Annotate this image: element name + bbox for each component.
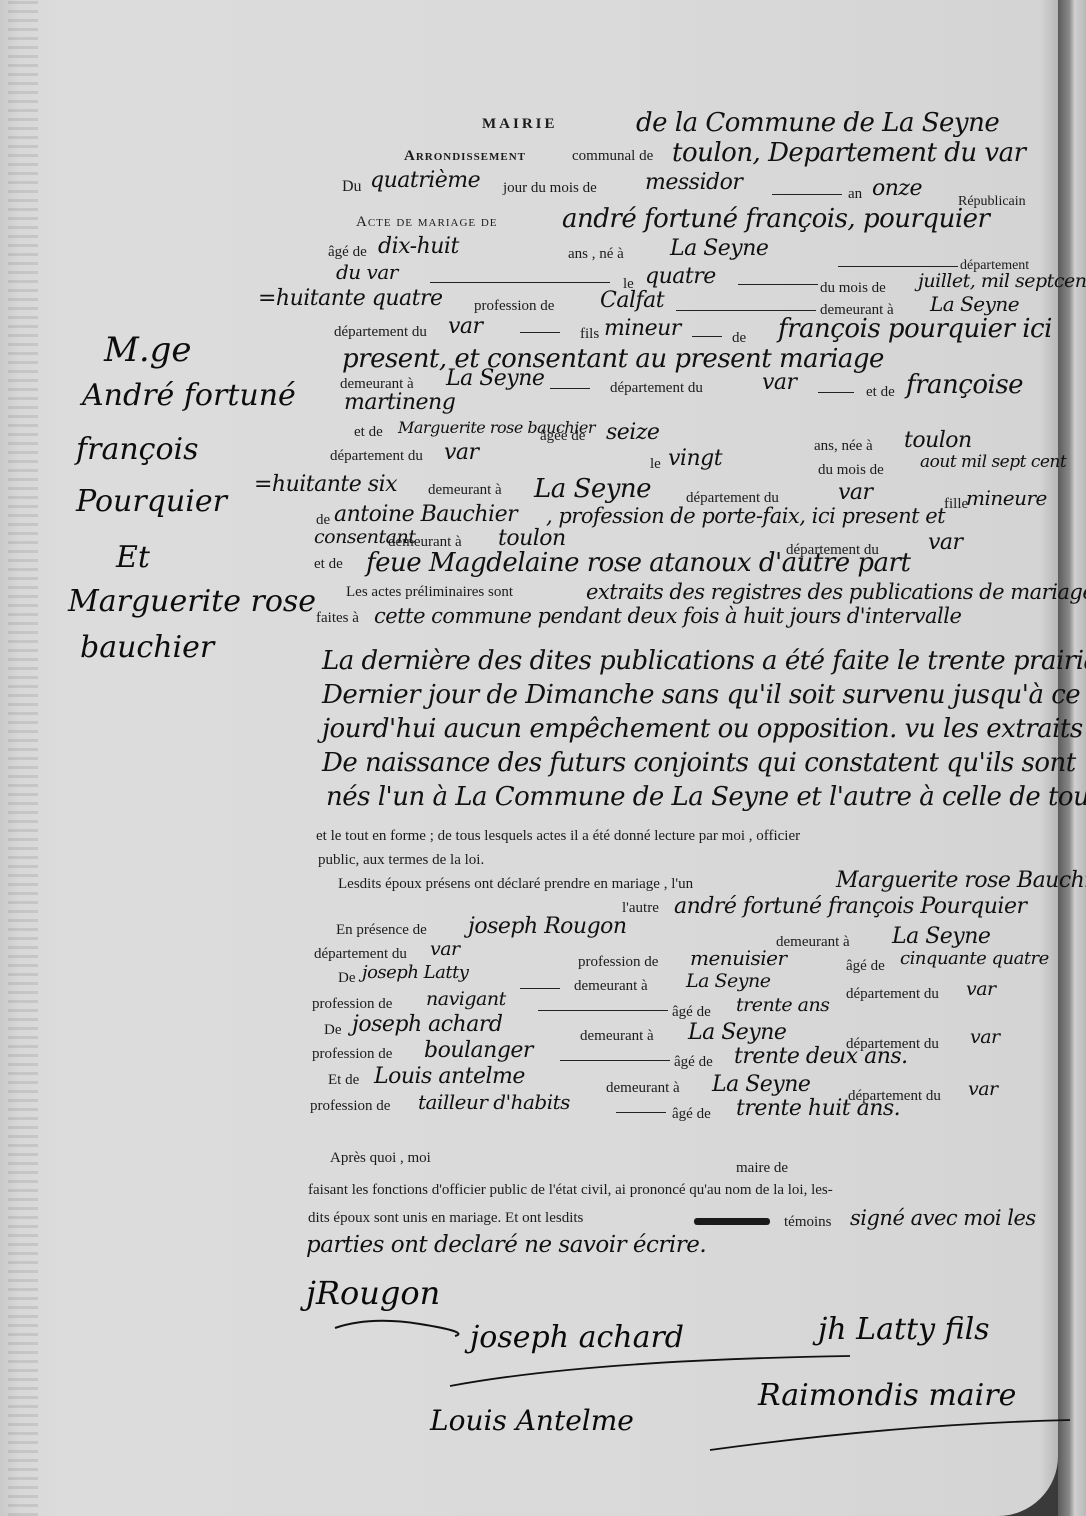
witness-residence-hand: La Seyne [892,924,990,949]
signature-antelme: Louis Antelme [430,1404,634,1437]
groom-profession-hand: Calfat [600,288,664,313]
margin-line: Pourquier [76,484,227,519]
witness-name-hand: Louis antelme [374,1064,525,1089]
faites-a: faites à [316,610,359,627]
bride-age-hand: seize [606,420,659,445]
witness-intro: En présence de [336,922,427,939]
fill-rule [616,1112,666,1113]
signature-flourish [330,1310,460,1340]
witness-intro: De [324,1022,342,1039]
spouse1-hand: Marguerite rose Bauchier [836,868,1086,893]
groom-fils-hand: mineur [604,316,681,341]
witness-name-hand: joseph achard [352,1012,502,1037]
bride-departement-du: département du [330,448,423,465]
an-label: an [848,186,862,203]
bride-father-profession-hand: , profession de porte-faix, ici present … [546,504,945,528]
witness-residence-hand: La Seyne [712,1072,810,1097]
du-mois-de: du mois de [820,280,886,297]
agee-de: âgée de [540,428,585,445]
bride-et-de: et de [354,424,383,441]
preliminaries-line1-hand: extraits des registres des publications … [586,580,1086,604]
witness-dept-hand: var [966,978,996,1000]
witness-profession-label: profession de [312,996,392,1013]
fill-rule [676,310,816,311]
witness-age-hand: trente ans [736,994,829,1016]
bride-birthplace-hand: toulon [904,428,972,453]
commune-name: Commune de La Seyne [705,108,999,138]
preliminaries-line3-hand: La dernière des dites publications a été… [322,646,1086,676]
groom-residence-dept-hand: var [448,314,483,339]
fill-rule [738,284,818,285]
witness-profession-label: profession de [578,954,658,971]
groom-dept-hand: du var [336,260,398,284]
groom-father-residence-hand: La Seyne [446,366,544,391]
acte-label: Acte de mariage de [356,214,498,231]
jour-du-mois-de: jour du mois de [503,180,597,197]
day-hand: quatrième [370,168,480,193]
bride-dept-hand: var [444,440,479,465]
groom-residence-hand: La Seyne [930,292,1019,316]
fill-rule [550,388,590,389]
bride-father-hand: antoine Bauchier [334,502,517,527]
fill-rule [560,1060,670,1061]
witness-demeurant-a: demeurant à [776,934,850,951]
witness-age-hand: trente huit ans. [736,1096,900,1121]
formal-line1: et le tout en forme ; de tous lesquels a… [316,828,800,845]
groom-father-hand: françois pourquier ici [778,314,1052,344]
witness-age-label: âgé de [672,1106,711,1123]
fill-rule [772,194,842,195]
du-label: Du [342,178,362,196]
fill-rule [520,332,560,333]
witness-demeurant-a: demeurant à [574,978,648,995]
groom-age-hand: dix-huit [378,234,459,259]
witness-age-hand: trente deux ans. [734,1044,908,1069]
fill-rule [692,336,722,337]
witness-dept-label: département du [846,986,939,1003]
witness-age-hand: cinquante quatre [900,948,1049,969]
witness-name-hand: joseph Rougon [468,914,627,939]
margin-line: Et [116,540,150,575]
groom-birthday-hand: quatre [645,264,716,289]
witness-profession-hand: navigant [426,988,506,1010]
et-de-label: et de [866,384,895,401]
bride-residence-dept-hand: var [838,480,873,505]
signature-achard: joseph achard [470,1320,684,1355]
witness-profession-hand: boulanger [424,1038,533,1063]
struck-word [694,1218,770,1225]
witness-age-label: âgé de [846,958,885,975]
groom-birthyear-hand: =huitante quatre [258,286,443,311]
closing-line1: Après quoi , moi [330,1150,431,1167]
bride-birthmonth-hand: aout mil sept cent [920,452,1066,472]
preliminaries-label: Les actes préliminaires sont [346,584,513,601]
margin-line: André fortuné [82,378,296,413]
witness-profession-hand: menuisier [690,946,787,970]
formal-line2: public, aux termes de la loi. [318,852,484,869]
margin-line: M.ge [104,330,192,370]
commune-prefix: de la [636,108,698,138]
profession-label: profession de [474,298,554,315]
bride-le: le [650,456,661,473]
witness-profession-hand: tailleur d'habits [418,1090,570,1114]
groom-mother-hand: françoise [906,370,1023,400]
signature-raimondis: Raimondis maire [758,1378,1016,1413]
mairie-heading: MAIRIE [482,116,558,133]
witness-residence-hand: La Seyne [688,1020,786,1045]
fill-rule [838,266,958,267]
arrondissement-label: Arrondissement [404,148,526,165]
year-hand: onze [872,176,922,201]
lautre-label: l'autre [622,900,659,917]
preliminaries-line5-hand: jourd'hui aucun empêchement ou oppositio… [322,714,1083,744]
groom-mother-surname-hand: martineng [344,390,455,415]
bride-residence-hand: La Seyne [534,474,651,504]
bride-mother-et-de: et de [314,556,343,573]
closing-line3: dits époux sont unis en mariage. Et ont … [308,1210,583,1227]
witness-intro: De [338,970,356,987]
month-hand: messidor [645,170,742,195]
preliminaries-line4-hand: Dernier jour de Dimanche sans qu'il soit… [322,680,1080,710]
witness-dept-hand: var [430,938,460,960]
temoins-label: témoins [784,1214,832,1231]
groom-birthmonth-hand: juillet, mil septcent [918,270,1086,292]
closing-line4-hand: parties ont declaré ne savoir écrire. [306,1232,706,1258]
preliminaries-line7-hand: nés l'un à La Commune de La Seyne et l'a… [326,782,1086,812]
fill-rule [430,282,610,283]
preliminaries-line2-hand: cette commune pendant deux fois à huit j… [374,604,961,628]
groom-father-dept-hand: var [762,370,797,395]
witness-demeurant-a: demeurant à [606,1080,680,1097]
maire-de: maire de [736,1160,788,1177]
fill-rule [818,392,854,393]
spouse2-hand: andré fortuné françois Pourquier [674,894,1027,919]
preliminaries-line6-hand: De naissance des futurs conjoints qui co… [322,748,1076,778]
witness-residence-hand: La Seyne [686,970,770,992]
departement-du: département du [334,324,427,341]
groom-father-consent-hand: present, et consentant au present mariag… [342,344,884,374]
groom-birthplace-hand: La Seyne [670,236,768,261]
commune-hand: de la Commune de La Seyne [636,108,999,138]
witness-age-label: âgé de [672,1004,711,1021]
margin-line: françois [76,432,199,467]
bride-birthyear-hand: =huitante six [254,472,397,497]
closing-line3-hand: signé avec moi les [850,1206,1036,1230]
fils-label: fils [580,326,599,343]
fille-label: fille [944,496,968,513]
signature-rougon: jRougon [306,1274,440,1312]
witness-profession-label: profession de [310,1098,390,1115]
signature-latty: jh Latty fils [818,1312,990,1347]
groom-name-hand: andré fortuné françois, pourquier [562,204,989,234]
fill-rule [520,988,560,989]
margin-line: bauchier [80,630,214,665]
bride-fille-hand: mineure [966,486,1047,510]
witness-demeurant-a: demeurant à [580,1028,654,1045]
age-label: âgé de [328,244,367,261]
bride-birthday-hand: vingt [668,446,722,471]
fill-rule [538,1010,668,1011]
bride-mother-hand: feue Magdelaine rose atanoux d'autre par… [366,548,910,578]
margin-line: Marguerite rose [68,584,316,619]
bride-father-dept-hand: var [928,530,963,555]
ans-ne-a: ans , né à [568,246,624,263]
witness-dept-hand: var [968,1078,998,1100]
witness-dept-label: département du [314,946,407,963]
witness-name-hand: joseph Latty [362,962,468,983]
closing-line2: faisant les fonctions d'officier public … [308,1182,833,1199]
witness-intro: Et de [328,1072,359,1089]
bride-demeurant-a: demeurant à [428,482,502,499]
witness-profession-label: profession de [312,1046,392,1063]
witness-age-label: âgé de [674,1054,713,1071]
ans-nee-a: ans, née à [814,438,873,455]
witness-dept-hand: var [970,1026,1000,1048]
bride-du-mois-de: du mois de [818,462,884,479]
signature-flourish [700,1414,1080,1454]
father-dept-label: département du [610,380,703,397]
arrondissement-hand: toulon, Departement du var [672,138,1026,168]
communal-de: communal de [572,148,653,165]
formal-line3: Lesdits époux présens ont déclaré prendr… [338,876,693,893]
